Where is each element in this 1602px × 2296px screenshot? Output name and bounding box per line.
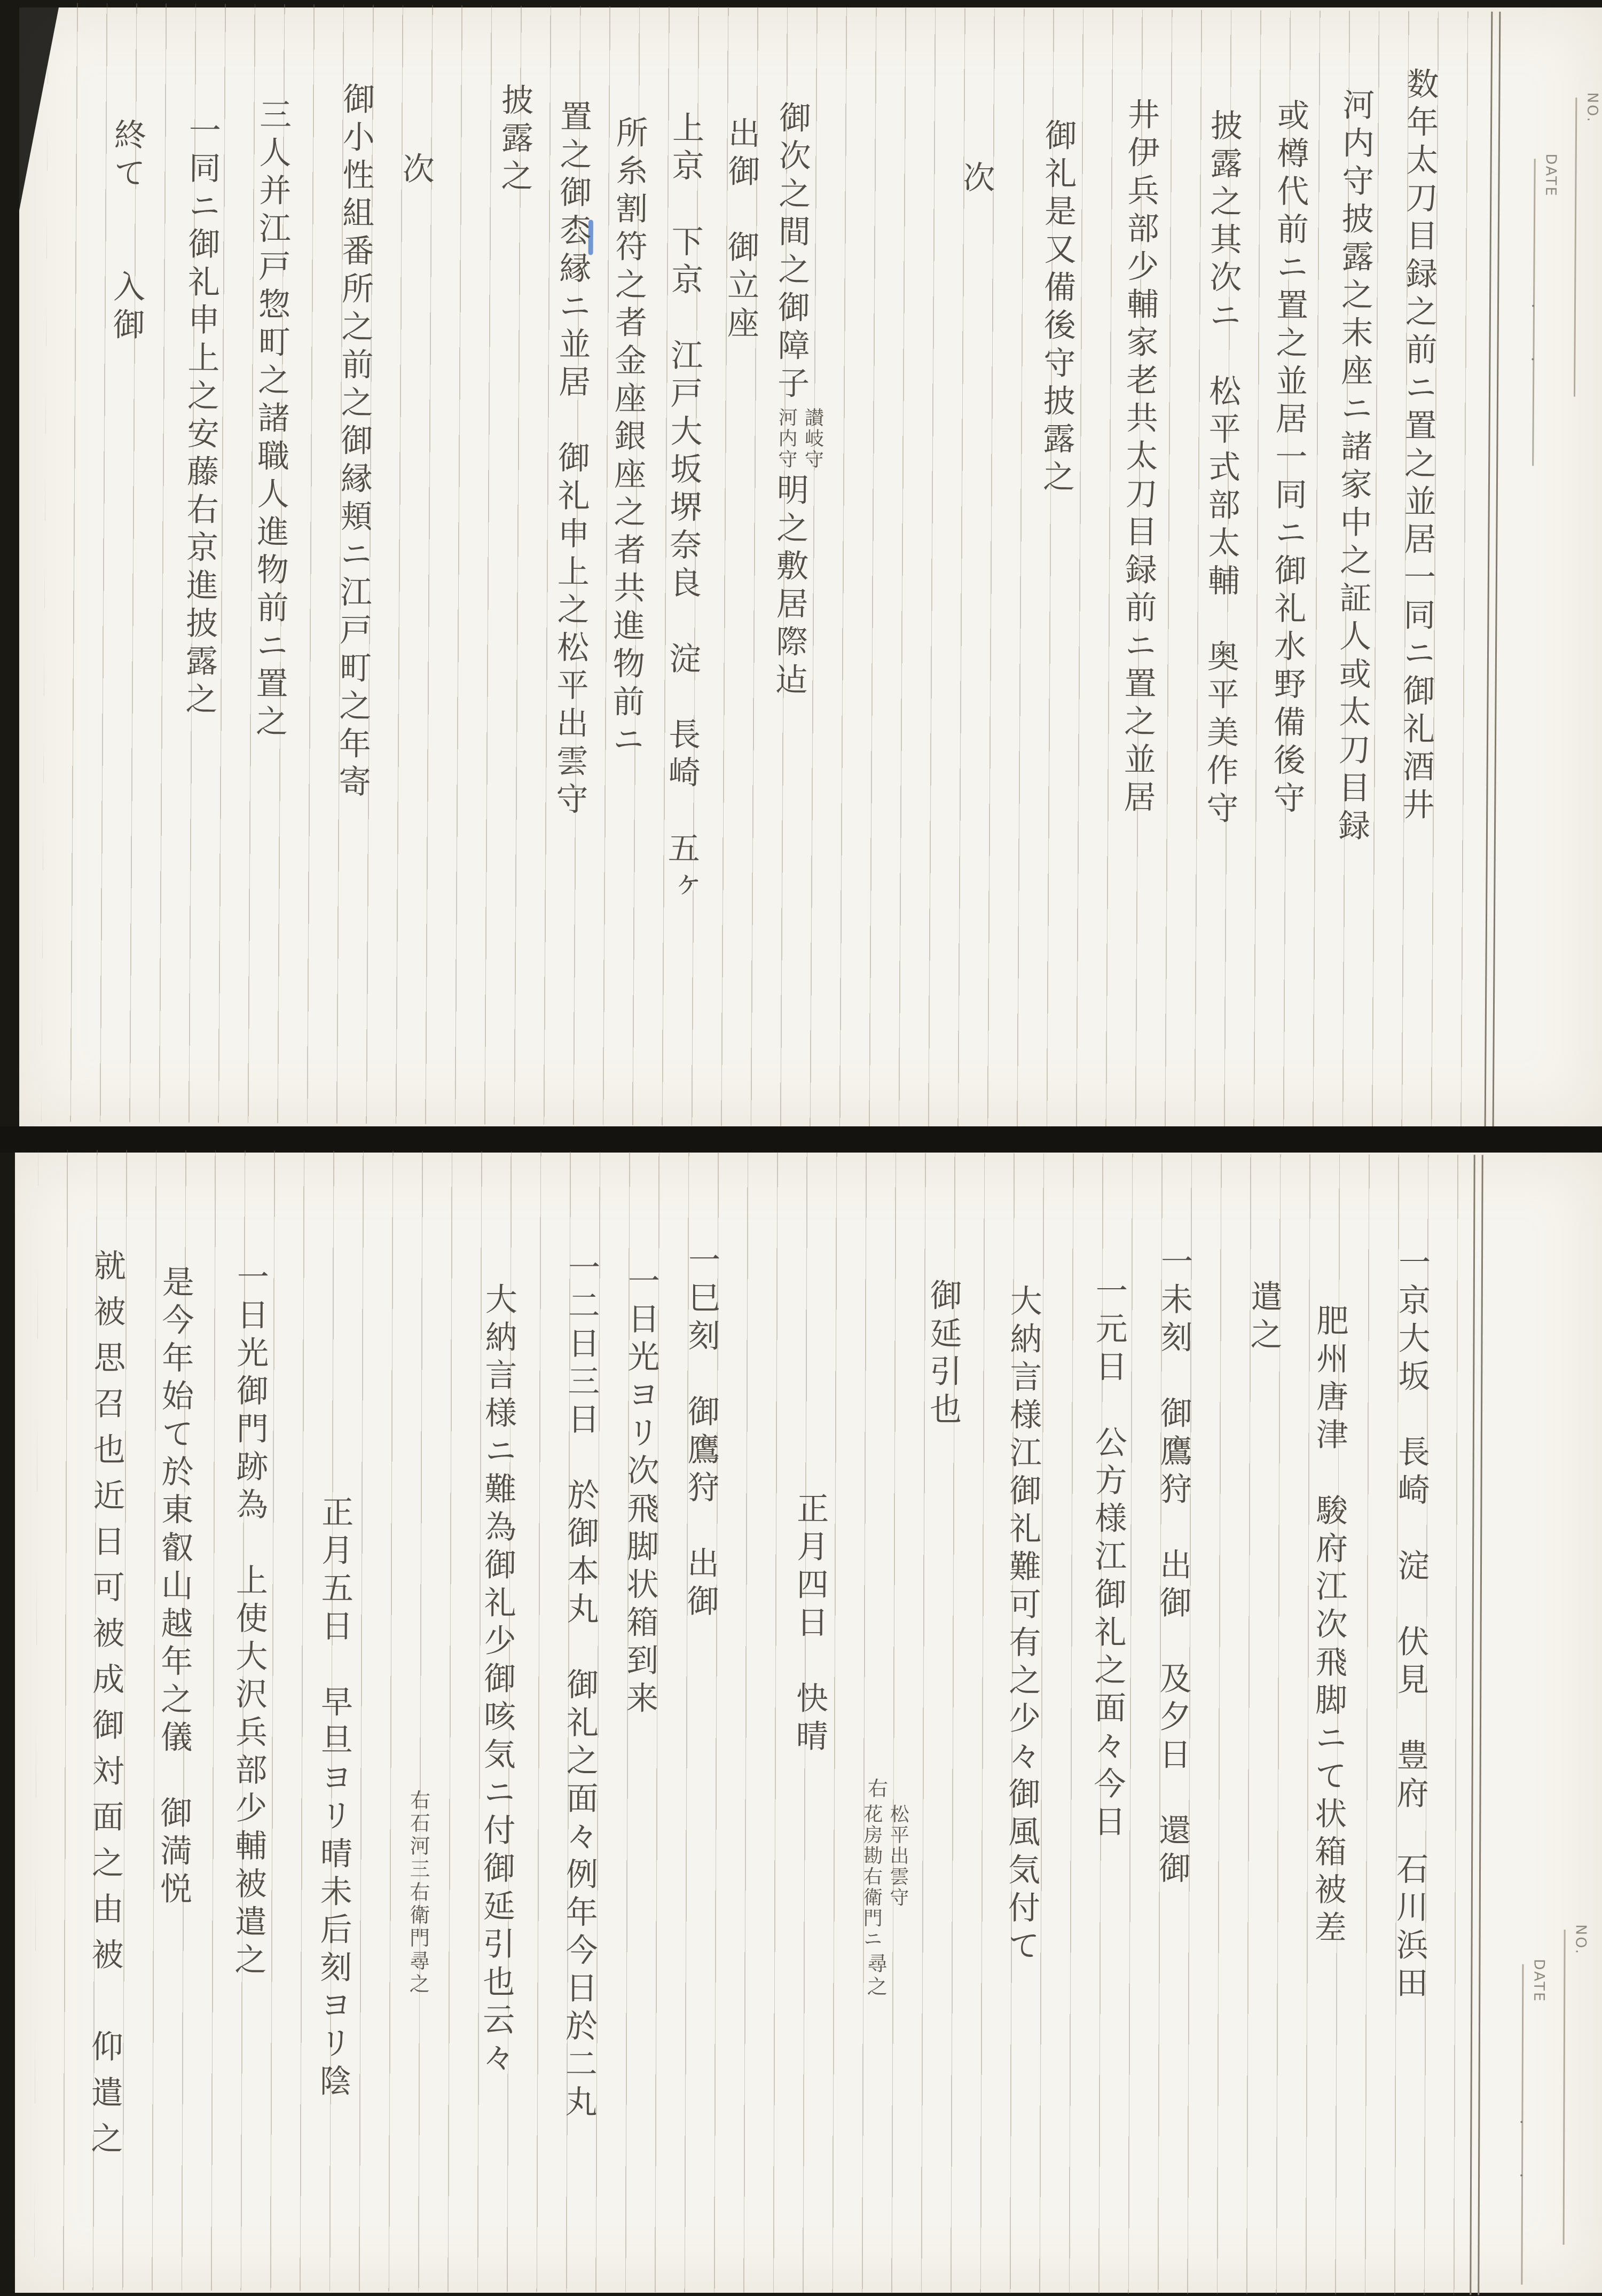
page-1-content: NO. DATE ・ ・ 数年太刀目録之前ニ置之並居一同ニ御礼酒井河内守披露之末… xyxy=(16,3,1602,1131)
text-segment: 一巳刻 御鷹狩 出御 xyxy=(682,1243,720,1622)
text-segment: 数年太刀目録之前ニ置之並居一同ニ御礼酒井 xyxy=(1397,67,1439,826)
text-column: 一元日 公方様江御礼之面々今日 xyxy=(1083,1274,1132,1843)
text-column: 遣之 xyxy=(1240,1280,1286,1355)
no-label: NO. xyxy=(1584,92,1600,123)
text-segment: 披露之 xyxy=(496,83,533,197)
text-segment: 井伊兵部少輔家老共太刀目録前ニ置之並居 xyxy=(1118,98,1160,818)
text-segment: 所糸割符之者金座銀座之者共進物前ニ xyxy=(607,116,648,761)
text-column: 一未刻 御鷹狩 出御 及夕日 還御 xyxy=(1149,1244,1197,1889)
text-segment: 終て 入御 xyxy=(108,118,147,346)
text-segment: 遣之 xyxy=(1245,1280,1282,1355)
text-segment: 明之敷居際迠 xyxy=(770,473,809,701)
interlinear-note: 松平出雲守花房勘右衛門ニ xyxy=(860,1804,909,1949)
text-segment: 或樽代前ニ置之並居一同ニ御礼水野備後守 xyxy=(1268,98,1309,819)
text-segment: 御小性組番所之前之御縁頬ニ江戸町之年寄 xyxy=(333,82,375,803)
text-segment: 御延引也 xyxy=(924,1279,962,1430)
text-segment: 正月五日 早旦ヨリ晴未后刻ヨリ陰 xyxy=(315,1495,354,2102)
text-column: 披露之其次ニ 松平式部太輔 奥平美作守 xyxy=(1196,108,1247,829)
text-column: 正月五日 早旦ヨリ晴未后刻ヨリ陰 xyxy=(310,1495,358,2102)
date-dot: ・ xyxy=(1527,351,1538,366)
text-column: 御延引也 xyxy=(920,1279,967,1430)
text-segment: 一二日三日 於御本丸 御礼之面々例年今日於二丸 xyxy=(560,1250,600,2122)
text-column: 一日光御門跡為 上使大沢兵部少輔被遣之 xyxy=(224,1260,273,1980)
date-label: DATE xyxy=(1530,1959,1547,2003)
interlinear-note: 讃岐守河内守 xyxy=(775,408,823,471)
text-column: 右石河三右衛門尋之 xyxy=(394,1789,441,1996)
text-column: 三人并江戸惣町之諸職人進物前ニ置之 xyxy=(246,98,296,743)
no-label: NO. xyxy=(1572,1924,1589,1955)
text-column: 大納言様江御礼難可有之少々御風気付て xyxy=(998,1284,1046,1966)
scanned-notebook-spread: { "document": { "kind": "handwritten man… xyxy=(0,0,1602,2296)
date-dot: ・ xyxy=(1516,2114,1527,2129)
date-dot: ・ xyxy=(1516,2167,1527,2183)
text-column: 是今年始て於東叡山越年之儀 御満悦 xyxy=(150,1265,199,1910)
text-column: 所糸割符之者金座銀座之者共進物前ニ xyxy=(602,116,653,761)
text-column: 井伊兵部少輔家老共太刀目録前ニ置之並居 xyxy=(1113,97,1164,818)
text-column: 出御 御立座 xyxy=(717,116,765,344)
page-gap xyxy=(0,1126,1602,1153)
text-segment: 御礼是又備後守披露之 xyxy=(1038,119,1077,498)
no-field-line xyxy=(1574,98,1577,397)
text-segment: 是今年始て於東叡山越年之儀 御満悦 xyxy=(155,1265,194,1910)
text-column: 置之御枩縁ニ並居 御礼申上之松平出雲守 xyxy=(546,99,596,820)
text-segment: 右 xyxy=(864,1777,888,1800)
text-column: 一京大坂 長崎 淀 伏見 豊府 石川浜田 xyxy=(1386,1245,1435,2004)
text-column: 正月四日 快晴 xyxy=(786,1492,834,1757)
interlinear-note-line: 松平出雲守 xyxy=(886,1804,909,1908)
interlinear-note-line: 讃岐守 xyxy=(802,408,824,470)
text-column: 次 xyxy=(953,161,999,199)
text-column: 一二日三日 於御本丸 御礼之面々例年今日於二丸 xyxy=(555,1250,604,2122)
page-2-content: NO. DATE ・ ・ 一京大坂 長崎 淀 伏見 豊府 石川浜田肥州唐津 駿府… xyxy=(13,1150,1602,2295)
text-segment: 御次之間之御障子 xyxy=(772,101,811,404)
text-column: 肥州唐津 駿府江次飛脚ニて状箱被差 xyxy=(1305,1304,1353,1948)
text-segment: 一日光ヨリ次飛脚状箱到来 xyxy=(621,1264,660,1719)
text-segment: 置之御枩縁ニ並居 御礼申上之松平出雲守 xyxy=(551,99,592,820)
text-column: 数年太刀目録之前ニ置之並居一同ニ御礼酒井 xyxy=(1392,67,1443,826)
text-segment: 大納言様江御礼難可有之少々御風気付て xyxy=(1002,1284,1042,1966)
text-column: 御礼是又備後守披露之 xyxy=(1033,119,1081,498)
interlinear-note-row: 讃岐守河内守 xyxy=(775,408,823,471)
text-segment: 肥州唐津 駿府江次飛脚ニて状箱被差 xyxy=(1309,1304,1349,1948)
text-column: 御小性組番所之前之御縁頬ニ江戸町之年寄 xyxy=(328,82,379,803)
text-segment: 次 xyxy=(397,152,434,190)
text-column: 或樽代前ニ置之並居一同ニ御礼水野備後守 xyxy=(1263,98,1314,819)
margin-double-rule xyxy=(1485,12,1501,1131)
date-field: DATE ・ ・ xyxy=(1530,1959,1547,2003)
text-segment: 三人并江戸惣町之諸職人進物前ニ置之 xyxy=(250,98,292,742)
interlinear-note-row: 松平出雲守花房勘右衛門ニ xyxy=(860,1804,909,1949)
text-segment: 河内守披露之末座ニ諸家中之証人或太刀目録 xyxy=(1333,88,1375,847)
text-segment: 大納言様ニ難為御礼少御咳気ニ付御延引也云々 xyxy=(477,1282,517,2079)
date-label: DATE xyxy=(1542,153,1559,197)
text-segment: 上京 下京 江戸大坂堺奈良 淀 長崎 五ヶ xyxy=(662,111,704,907)
no-field-line xyxy=(1563,1930,1566,2245)
text-column: 上京 下京 江戸大坂堺奈良 淀 長崎 五ヶ xyxy=(657,111,709,907)
interlinear-note-line: 花房勘右衛門ニ xyxy=(860,1804,883,1949)
text-segment: 一京大坂 長崎 淀 伏見 豊府 石川浜田 xyxy=(1391,1245,1431,2004)
text-column: 終て 入御 xyxy=(103,118,151,346)
text-segment: 一日光御門跡為 上使大沢兵部少輔被遣之 xyxy=(229,1260,269,1980)
text-column: 一巳刻 御鷹狩 出御 xyxy=(677,1243,725,1622)
text-segment: 就被思召也近日可被成御対面之由被 仰遣之 xyxy=(85,1249,126,2167)
text-column: 右松平出雲守花房勘右衛門ニ尋之 xyxy=(852,1777,909,1999)
no-field: NO. xyxy=(1584,92,1600,123)
text-segment: 次 xyxy=(957,161,995,199)
date-field: DATE ・ ・ xyxy=(1542,153,1559,197)
text-segment: 出御 御立座 xyxy=(722,116,761,344)
margin-double-rule xyxy=(1470,1155,1483,2295)
interlinear-note-line: 河内守 xyxy=(775,408,797,470)
text-segment: 正月四日 快晴 xyxy=(791,1492,829,1757)
text-segment: 一元日 公方様江御礼之面々今日 xyxy=(1088,1274,1128,1843)
text-column: 就被思召也近日可被成御対面之由被 仰遣之 xyxy=(81,1249,130,2167)
text-column: 河内守披露之末座ニ諸家中之証人或太刀目録 xyxy=(1328,88,1379,847)
text-column: 披露之 xyxy=(491,83,538,197)
text-segment: 一同ニ御礼申上之安藤右京進披露之 xyxy=(180,113,221,720)
text-column: 一同ニ御礼申上之安藤右京進披露之 xyxy=(175,113,225,720)
text-column: 次 xyxy=(392,152,438,190)
no-field: NO. xyxy=(1572,1924,1589,1955)
text-segment: 右石河三右衛門尋之 xyxy=(406,1789,430,1996)
notebook-page-2: NO. DATE ・ ・ 一京大坂 長崎 淀 伏見 豊府 石川浜田肥州唐津 駿府… xyxy=(15,1153,1602,2293)
text-column: 御次之間之御障子讃岐守河内守明之敷居際迠 xyxy=(765,101,826,701)
text-segment: 一未刻 御鷹狩 出御 及夕日 還御 xyxy=(1153,1244,1193,1889)
text-segment: 披露之其次ニ 松平式部太輔 奥平美作守 xyxy=(1201,108,1243,829)
text-segment: 尋之 xyxy=(863,1953,887,1999)
date-dot: ・ xyxy=(1528,297,1538,313)
text-column: 一日光ヨリ次飛脚状箱到来 xyxy=(616,1264,664,1719)
notebook-page-1: NO. DATE ・ ・ 数年太刀目録之前ニ置之並居一同ニ御礼酒井河内守披露之末… xyxy=(19,7,1602,1126)
text-column: 大納言様ニ難為御礼少御咳気ニ付御延引也云々 xyxy=(473,1282,522,2079)
